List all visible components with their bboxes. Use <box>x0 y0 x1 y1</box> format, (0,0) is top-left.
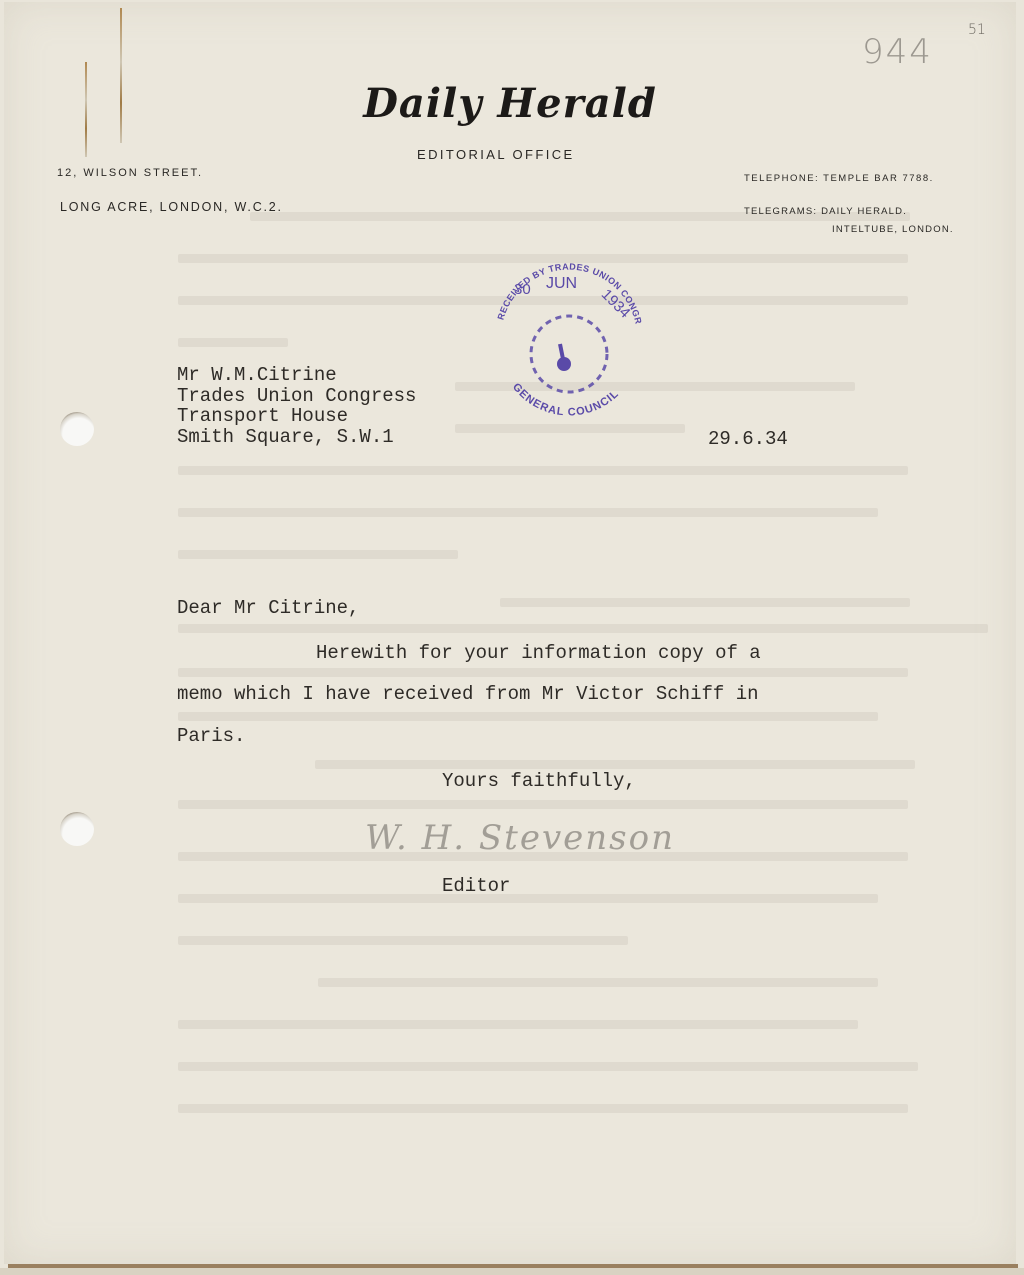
stamp-bottom-text: GENERAL COUNCIL <box>510 381 621 419</box>
salutation: Dear Mr Citrine, <box>177 597 359 619</box>
closing: Yours faithfully, <box>442 770 636 792</box>
background-sheet <box>0 1268 1024 1275</box>
stamp-day: 30 <box>514 281 531 298</box>
letter-date: 29.6.34 <box>708 428 788 450</box>
recipient-address: Mr W.M.Citrine Trades Union Congress Tra… <box>177 365 416 447</box>
body-line-3: Paris. <box>177 725 245 747</box>
letter-page <box>4 2 1016 1264</box>
stamp-month: JUN <box>546 275 577 292</box>
address-street: 12, WILSON STREET. <box>57 167 203 179</box>
folio-number: 944 <box>862 32 933 72</box>
recipient-org: Trades Union Congress <box>177 385 416 407</box>
telegrams-address: TELEGRAMS: DAILY HERALD. <box>744 206 907 217</box>
handwritten-signature: W. H. Stevenson <box>365 818 675 858</box>
recipient-name: Mr W.M.Citrine <box>177 364 337 386</box>
received-stamp: RECEIVED BY TRADES UNION CONGRESS 30 JUN… <box>484 246 654 421</box>
body-line-2: memo which I have received from Mr Victo… <box>177 683 759 705</box>
telegrams-address-line2: INTELTUBE, LONDON. <box>832 224 954 235</box>
punch-hole-bottom <box>60 812 94 846</box>
staple-mark-left <box>85 62 87 157</box>
page-number: 51 <box>968 22 986 38</box>
recipient-building: Transport House <box>177 405 348 427</box>
clock-dial-icon <box>531 316 607 392</box>
body-line-1: Herewith for your information copy of a <box>316 642 761 664</box>
telephone-number: TELEPHONE: TEMPLE BAR 7788. <box>744 173 934 184</box>
masthead-daily-herald: Daily Herald <box>340 80 680 127</box>
address-city: LONG ACRE, LONDON, W.C.2. <box>60 200 283 214</box>
svg-text:GENERAL COUNCIL: GENERAL COUNCIL <box>510 381 621 419</box>
staple-mark-right <box>120 8 122 143</box>
recipient-street: Smith Square, S.W.1 <box>177 426 394 448</box>
punch-hole-top <box>60 412 94 446</box>
department-label: EDITORIAL OFFICE <box>417 147 575 162</box>
signatory-title: Editor <box>442 875 510 897</box>
